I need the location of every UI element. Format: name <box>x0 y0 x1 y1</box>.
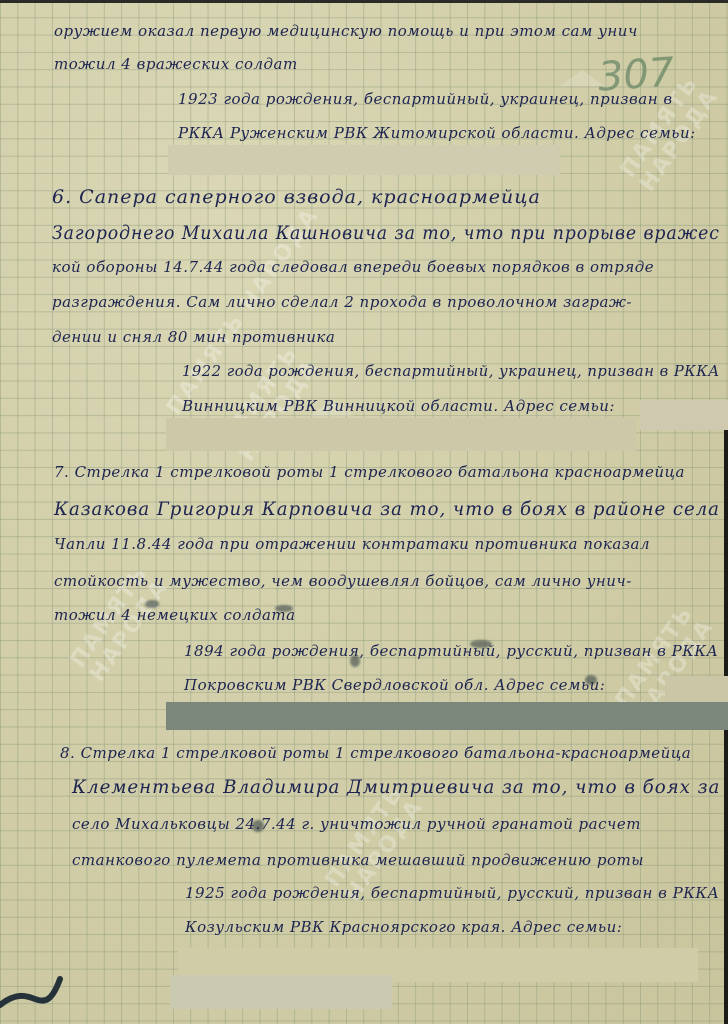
text-line: 1923 года рождения, беспартийный, украин… <box>178 90 673 108</box>
text-line: кой обороны 14.7.44 года следовал вперед… <box>52 258 654 276</box>
text-line: Покровским РВК Свердловской обл. Адрес с… <box>184 676 605 694</box>
text-line: 1894 года рождения, беспартийный, русски… <box>184 642 718 660</box>
watermark: ПАМЯТЬ НАРОДА <box>54 545 185 704</box>
text-line: стойкость и мужество, чем воодушевлял бо… <box>54 572 632 590</box>
redacted-address <box>166 702 728 730</box>
ink-blot <box>350 655 360 667</box>
redacted-address <box>166 418 636 451</box>
text-line: 1925 года рождения, беспартийный, русски… <box>185 884 719 902</box>
ink-blot <box>585 675 597 685</box>
entry-8-name: Клементьева Владимира Дмитриевича за то,… <box>72 776 720 798</box>
ink-blot <box>470 640 492 648</box>
page-top-edge <box>0 0 728 3</box>
text-line: Чапли 11.8.44 года при отражении контрат… <box>54 535 650 553</box>
text-line: тожил 4 немецких солдата <box>54 606 296 624</box>
text-line: разграждения. Сам лично сделал 2 прохода… <box>52 293 632 311</box>
redacted-address <box>170 975 392 1009</box>
entry-7-heading: 7. Стрелка 1 стрелковой роты 1 стрелково… <box>54 463 685 481</box>
entry-7-name: Казакова Григория Карповича за то, что в… <box>54 498 720 520</box>
text-line: 1922 года рождения, беспартийный, украин… <box>182 362 720 380</box>
text-line: село Михальковцы 24.7.44 г. уничтожил ру… <box>72 815 641 833</box>
ink-squiggle <box>0 975 70 1015</box>
text-line: дении и снял 80 мин противника <box>52 328 335 346</box>
text-line: тожил 4 вражеских солдат <box>54 55 298 73</box>
text-line: Винницким РВК Винницкой области. Адрес с… <box>182 397 615 415</box>
text-line: станкового пулемета противника мешавший … <box>72 851 644 869</box>
entry-6-name: Загороднего Михаила Кашновича за то, что… <box>52 222 720 244</box>
ink-blot <box>275 605 293 612</box>
entry-6-heading: 6. Сапера саперного взвода, красноармейц… <box>52 186 541 208</box>
redacted-address <box>665 676 728 702</box>
text-line: РККА Руженским РВК Житомирской области. … <box>178 124 696 142</box>
redacted-address <box>168 145 560 175</box>
text-line: Козульским РВК Красноярского края. Адрес… <box>185 918 622 936</box>
entry-8-heading: 8. Стрелка 1 стрелковой роты 1 стрелково… <box>60 744 691 762</box>
redacted-address <box>640 400 728 430</box>
text-line: оружием оказал первую медицинскую помощь… <box>54 22 638 40</box>
ink-blot <box>145 600 159 608</box>
